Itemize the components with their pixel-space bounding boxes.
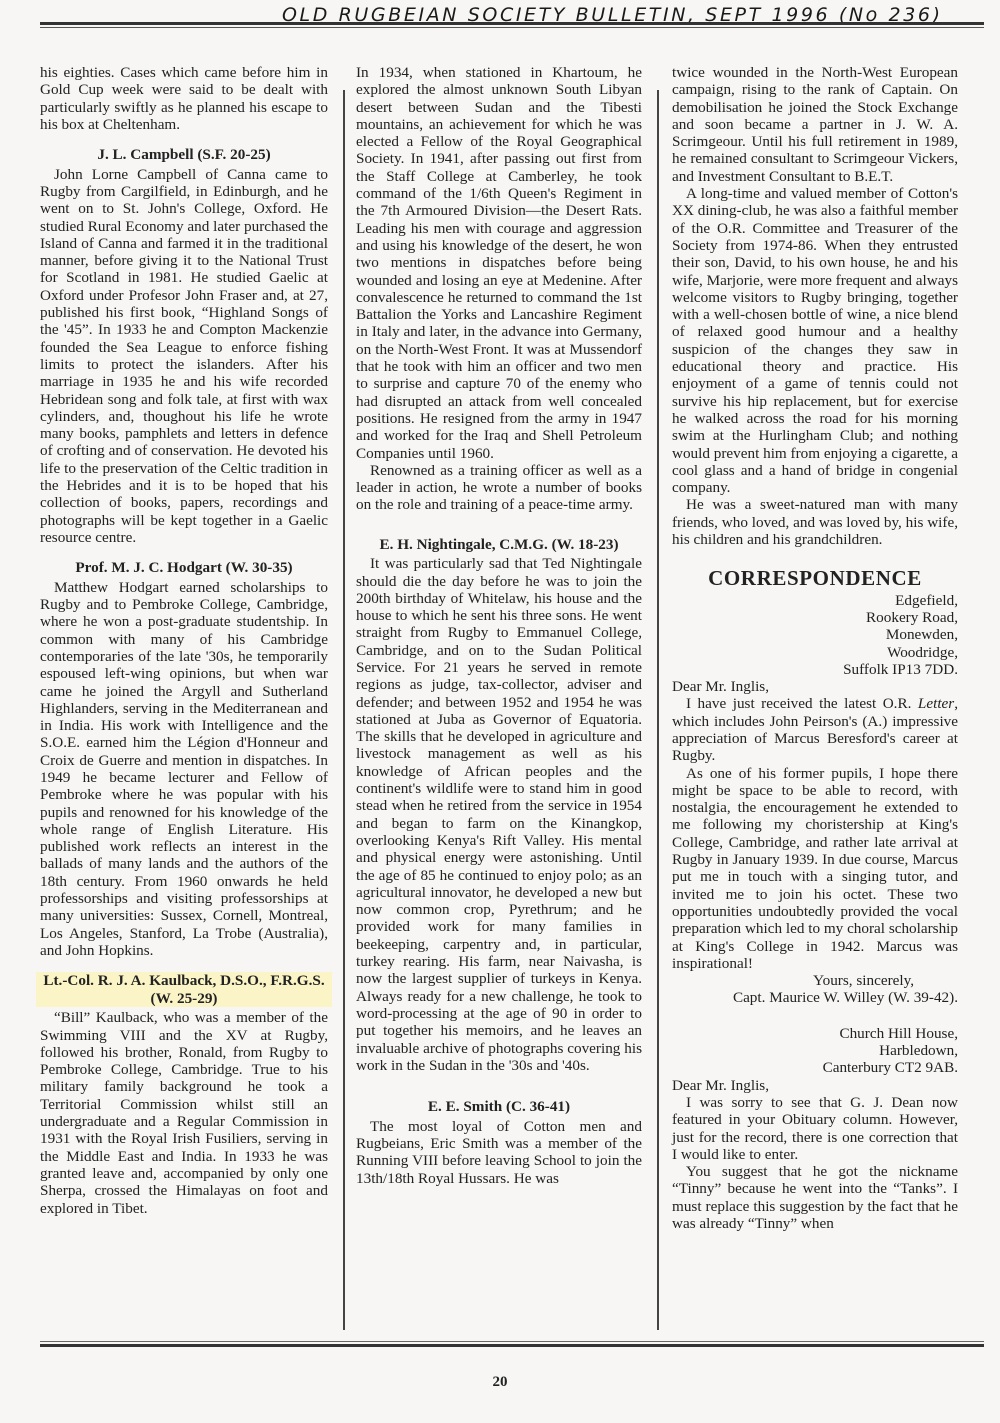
obituary-continuation: He was a sweet-natured man with many fri… — [672, 496, 958, 548]
address-line: Rookery Road, — [672, 609, 958, 626]
obituary-body: It was particularly sad that Ted Nightin… — [356, 555, 642, 1074]
obituary-kaulback: Lt.-Col. R. J. A. Kaulback, D.S.O., F.R.… — [40, 972, 328, 1217]
letter-signature: Capt. Maurice W. Willey (W. 39-42). — [672, 989, 958, 1006]
obituary-heading: E. E. Smith (C. 36-41) — [356, 1098, 642, 1116]
letter-paragraph: I was sorry to see that G. J. Dean now f… — [672, 1094, 958, 1163]
column-left: his eighties. Cases which came before hi… — [40, 64, 328, 1217]
letter-paragraph: You suggest that he got the nickname “Ti… — [672, 1163, 958, 1232]
obituary-body: Matthew Hodgart earned scholarships to R… — [40, 579, 328, 960]
obituary-continuation: twice wounded in the North-West European… — [672, 64, 958, 185]
letter-willey: Edgefield, Rookery Road, Monewden, Woodr… — [672, 592, 958, 1007]
letter-salutation: Dear Mr. Inglis, — [672, 678, 958, 695]
obituary-campbell: J. L. Campbell (S.F. 20-25) John Lorne C… — [40, 146, 328, 546]
page-number: 20 — [0, 1374, 1000, 1391]
letter-dean-correction: Church Hill House, Harbledown, Canterbur… — [672, 1025, 958, 1233]
obituary-heading: Prof. M. J. C. Hodgart (W. 30-35) — [40, 559, 328, 577]
obituary-continuation: Renowned as a training officer as well a… — [356, 462, 642, 514]
obituary-smith: E. E. Smith (C. 36-41) The most loyal of… — [356, 1098, 642, 1187]
section-title: CORRESPONDENCE — [672, 570, 958, 587]
publication-title: Letter — [918, 695, 954, 712]
address-line: Suffolk IP13 7DD. — [672, 661, 958, 678]
column-right: twice wounded in the North-West European… — [672, 64, 958, 1232]
obituary-heading: J. L. Campbell (S.F. 20-25) — [40, 146, 328, 164]
obituary-body: “Bill” Kaulback, who was a member of the… — [40, 1009, 328, 1217]
letter-signoff: Yours, sincerely, — [672, 972, 958, 989]
address-line: Canterbury CT2 9AB. — [672, 1059, 958, 1076]
obituary-hodgart: Prof. M. J. C. Hodgart (W. 30-35) Matthe… — [40, 559, 328, 959]
letter-salutation: Dear Mr. Inglis, — [672, 1077, 958, 1094]
obituary-continuation: his eighties. Cases which came before hi… — [40, 64, 328, 133]
column-divider-2 — [657, 90, 659, 1330]
correspondence-section: CORRESPONDENCE Edgefield, Rookery Road, … — [672, 570, 958, 1232]
letter-spacer — [672, 1007, 958, 1025]
address-line: Monewden, — [672, 626, 958, 643]
letter-paragraph: As one of his former pupils, I hope ther… — [672, 765, 958, 973]
obituary-continuation: In 1934, when stationed in Khartoum, he … — [356, 64, 642, 462]
bottom-double-rule — [40, 1341, 984, 1347]
address-line: Harbledown, — [672, 1042, 958, 1059]
address-line: Church Hill House, — [672, 1025, 958, 1042]
letter-text: I have just received the latest O.R. — [686, 695, 918, 712]
letter-address: Church Hill House, Harbledown, Canterbur… — [672, 1025, 958, 1077]
obituary-continuation: A long-time and valued member of Cotton'… — [672, 185, 958, 496]
address-line: Woodridge, — [672, 644, 958, 661]
obituary-body: The most loyal of Cotton men and Rugbeia… — [356, 1118, 642, 1187]
address-line: Edgefield, — [672, 592, 958, 609]
obituary-body: John Lorne Campbell of Canna came to Rug… — [40, 166, 328, 547]
obituary-heading: E. H. Nightingale, C.M.G. (W. 18-23) — [356, 536, 642, 554]
letter-paragraph: I have just received the latest O.R. Let… — [672, 695, 958, 764]
obituary-heading-highlighted: Lt.-Col. R. J. A. Kaulback, D.S.O., F.R.… — [36, 972, 332, 1007]
column-middle: In 1934, when stationed in Khartoum, he … — [356, 64, 642, 1187]
top-double-rule — [40, 22, 984, 28]
obituary-nightingale: E. H. Nightingale, C.M.G. (W. 18-23) It … — [356, 536, 642, 1074]
column-divider-1 — [343, 90, 345, 1330]
letter-address: Edgefield, Rookery Road, Monewden, Woodr… — [672, 592, 958, 678]
